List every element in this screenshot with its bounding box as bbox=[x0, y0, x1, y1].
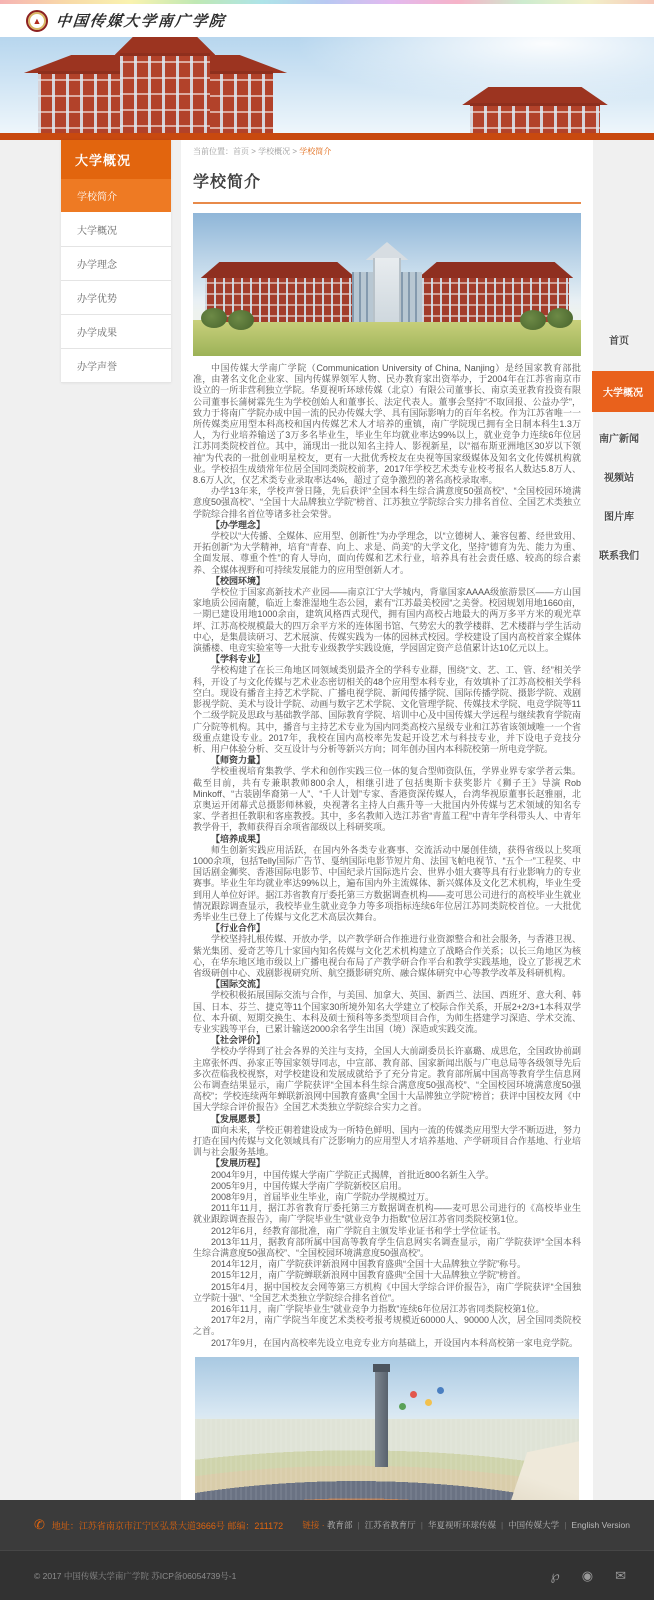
history-event: 2017年2月，南广学院当年度艺术类校考报考规模近60000人、90000人次，… bbox=[193, 1315, 581, 1337]
footer-link-english-version[interactable]: English Version bbox=[571, 1520, 630, 1530]
quicknav-video[interactable]: 视频站 bbox=[584, 469, 654, 484]
main-content: 当前位置：首页 > 学校概况 > 学校简介 学校简介 中国传媒大学南广学院（Co… bbox=[181, 140, 593, 1593]
footer-copyright-bar: © 2017 中国传媒大学南广学院 苏ICP备06054739号-1 ℘ ◉ ✉ bbox=[0, 1550, 654, 1600]
section-heading-vision: 【发展愿景】 bbox=[193, 1114, 581, 1125]
section-body-faculty: 学校重视培育集教学、学术和创作实践三位一体的复合型师资队伍，学界业界专家学者云集… bbox=[193, 766, 581, 833]
section-body-training-results: 师生创新实践应用活跃，在国内外各类专业赛事、交流活动中屡创佳绩，获得省级以上奖项… bbox=[193, 845, 581, 923]
history-event: 2015年12月，南广学院蝉联新浪网中国教育盛典“全国十大品牌独立学院”榜首。 bbox=[193, 1270, 581, 1281]
history-event: 2005年9月，中国传媒大学南广学院新校区启用。 bbox=[193, 1181, 581, 1192]
quicknav-university-overview[interactable]: 大学概况 bbox=[592, 371, 654, 412]
copyright-text: © 2017 中国传媒大学南广学院 苏ICP备06054739号-1 bbox=[34, 1570, 236, 1582]
quicknav-contact[interactable]: 联系我们 bbox=[584, 547, 654, 562]
intro-paragraph-2: 办学13年来，学校声誉日隆，先后获评“全国本科生综合满意度50强高校”、“全国校… bbox=[193, 486, 581, 520]
banner-building-right bbox=[470, 103, 600, 133]
history-event: 2016年11月，南广学院毕业生“就业竞争力指数”连续6年位居江苏省同类院校第1… bbox=[193, 1304, 581, 1315]
sidebar-item-reputation[interactable]: 办学声誉 bbox=[61, 349, 171, 383]
sidebar-item-philosophy[interactable]: 办学理念 bbox=[61, 247, 171, 281]
campus-banner-image bbox=[0, 37, 654, 133]
section-body-philosophy: 学校以“大传播、全媒体、应用型、创新性”为办学理念，以“立德树人、兼容包蓄、经世… bbox=[193, 531, 581, 576]
sidebar-title: 大学概况 bbox=[61, 140, 171, 179]
history-event: 2004年9月，中国传媒大学南广学院正式揭牌，首批近800名新生入学。 bbox=[193, 1170, 581, 1181]
quicknav-news[interactable]: 南广新闻 bbox=[584, 430, 654, 445]
section-body-campus: 学校位于国家高新技术产业园——南京江宁大学城内，背靠国家AAAA级旅游景区——方… bbox=[193, 587, 581, 654]
section-body-international: 学校积极拓展国际交流与合作，与美国、加拿大、英国、新西兰、法国、西班牙、意大利、… bbox=[193, 990, 581, 1035]
breadcrumb-path[interactable]: 当前位置：首页 > 学校概况 > bbox=[193, 147, 299, 156]
section-heading-international: 【国际交流】 bbox=[193, 979, 581, 990]
history-event: 2012年6月，经教育部批准，南广学院自主颁发毕业证书和学士学位证书。 bbox=[193, 1226, 581, 1237]
site-footer: ✆ 地址：江苏省南京市江宁区弘景大道3666号 邮编：211172 链接 · 教… bbox=[0, 1500, 654, 1600]
university-name: 中国传媒大学南广学院 bbox=[55, 10, 227, 31]
footer-address: ✆ 地址：江苏省南京市江宁区弘景大道3666号 邮编：211172 bbox=[34, 1517, 283, 1533]
history-event: 2015年4月，据中国校友会网等第三方机构《中国大学综合评价报告》，南广学院获评… bbox=[193, 1282, 581, 1304]
history-event: 2014年12月，南广学院获评新浪网中国教育盛典“全国十大品牌独立学院”称号。 bbox=[193, 1259, 581, 1270]
section-heading-social-evaluation: 【社会评价】 bbox=[193, 1035, 581, 1046]
campus-main-building-photo bbox=[193, 213, 581, 356]
quicknav-home[interactable]: 首页 bbox=[584, 332, 654, 347]
history-event: 2011年11月，据江苏省教育厅委托第三方数据调查机构——麦可思公司进行的《高校… bbox=[193, 1203, 581, 1225]
history-event: 2013年11月，据教育部所属中国高等教育学生信息网实名调查显示，南广学院获评“… bbox=[193, 1237, 581, 1259]
social-icons: ℘ ◉ ✉ bbox=[551, 1568, 626, 1584]
university-logo-icon[interactable]: ▲ bbox=[26, 10, 48, 32]
content-wrap: 大学概况 学校简介 大学概况 办学理念 办学优势 办学成果 办学声誉 当前位置：… bbox=[0, 140, 654, 1593]
footer-link-cuc[interactable]: 中国传媒大学 bbox=[508, 1520, 559, 1530]
footer-link-huaxia-media[interactable]: 华夏视听环球传媒 bbox=[428, 1520, 496, 1530]
page: ▲ 中国传媒大学南广学院 大学概况 学校简介 大学概况 办学理念 办学优势 办学… bbox=[0, 0, 654, 1600]
footer-address-text: 地址：江苏省南京市江宁区弘景大道3666号 邮编：211172 bbox=[52, 1519, 283, 1532]
breadcrumb-current: 学校简介 bbox=[299, 147, 331, 156]
section-body-social-evaluation: 学校办学得到了社会各界的关注与支持，全国人大前副委员长许嘉璐、成思危，全国政协前… bbox=[193, 1046, 581, 1113]
section-body-majors: 学校构建了在长三角地区同领域类别最齐全的学科专业群，围绕“文、艺、工、管、经”相… bbox=[193, 665, 581, 755]
history-event: 2017年9月，在国内高校率先设立电竞专业方向基础上，开设国内本科高校第一家电竞… bbox=[193, 1338, 581, 1349]
section-heading-faculty: 【师资力量】 bbox=[193, 755, 581, 766]
sidebar-item-university-overview[interactable]: 大学概况 bbox=[61, 213, 171, 247]
footer-link-moe[interactable]: 教育部 bbox=[327, 1520, 353, 1530]
footer-links-label: 链接 · bbox=[302, 1520, 324, 1530]
weibo-icon[interactable]: ◉ bbox=[582, 1568, 593, 1584]
section-heading-philosophy: 【办学理念】 bbox=[193, 520, 581, 531]
sidebar-item-achievements[interactable]: 办学成果 bbox=[61, 315, 171, 349]
sidebar-item-advantages[interactable]: 办学优势 bbox=[61, 281, 171, 315]
floating-quick-nav: 首页 大学概况 南广新闻 视频站 图片库 联系我们 bbox=[584, 332, 654, 586]
sidebar-nav: 大学概况 学校简介 大学概况 办学理念 办学优势 办学成果 办学声誉 bbox=[61, 140, 171, 383]
sidebar-item-school-intro[interactable]: 学校简介 bbox=[61, 179, 171, 213]
section-body-industry: 学校坚持扎根传媒、开放办学，以产教学研合作推进行业资源整合和社会服务，与香港卫视… bbox=[193, 934, 581, 979]
photo-tower bbox=[375, 1371, 388, 1467]
intro-paragraph-1: 中国传媒大学南广学院（Communication University of C… bbox=[193, 363, 581, 486]
section-heading-history: 【发展历程】 bbox=[193, 1158, 581, 1169]
section-body-vision: 面向未来，学校正朝着建设成为一所特色鲜明、国内一流的传媒类应用型大学不断迈进，努… bbox=[193, 1125, 581, 1159]
footer-info-bar: ✆ 地址：江苏省南京市江宁区弘景大道3666号 邮编：211172 链接 · 教… bbox=[0, 1500, 654, 1550]
quicknav-gallery[interactable]: 图片库 bbox=[584, 508, 654, 523]
section-heading-training-results: 【培养成果】 bbox=[193, 834, 581, 845]
page-title: 学校简介 bbox=[193, 169, 581, 192]
wechat-icon[interactable]: ✉ bbox=[615, 1568, 626, 1584]
section-heading-majors: 【学科专业】 bbox=[193, 654, 581, 665]
site-header: ▲ 中国传媒大学南广学院 bbox=[0, 4, 654, 37]
footer-link-jiangsu-edu[interactable]: 江苏省教育厅 bbox=[365, 1520, 416, 1530]
history-event: 2008年9月，首届毕业生毕业，南广学院办学规模过万。 bbox=[193, 1192, 581, 1203]
title-divider bbox=[193, 202, 581, 204]
p-share-icon[interactable]: ℘ bbox=[551, 1568, 560, 1584]
banner-accent-bar bbox=[0, 133, 654, 140]
footer-links: 链接 · 教育部|江苏省教育厅|华夏视听环球传媒|中国传媒大学|English … bbox=[302, 1519, 630, 1531]
banner-building-left-tower bbox=[120, 53, 210, 133]
section-heading-industry: 【行业合作】 bbox=[193, 923, 581, 934]
banner-clouds bbox=[294, 37, 654, 104]
section-heading-campus: 【校园环境】 bbox=[193, 576, 581, 587]
phone-icon: ✆ bbox=[34, 1517, 45, 1533]
article-body: 中国传媒大学南广学院（Communication University of C… bbox=[193, 363, 581, 1349]
breadcrumb: 当前位置：首页 > 学校概况 > 学校简介 bbox=[193, 146, 581, 157]
